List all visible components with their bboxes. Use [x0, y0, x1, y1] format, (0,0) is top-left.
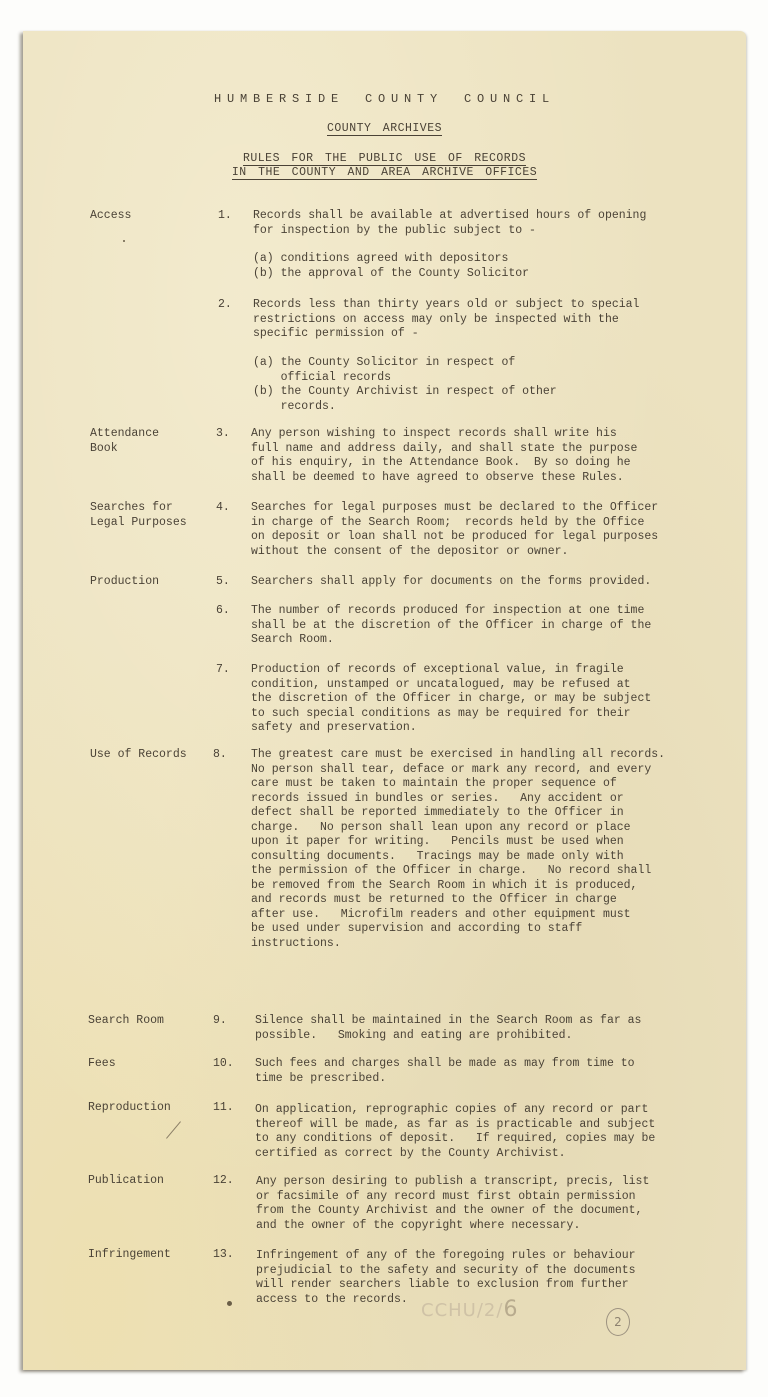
document-page: HUMBERSIDE COUNTY COUNCIL COUNTY ARCHIVE…	[23, 31, 746, 1370]
section-heading: Production	[90, 575, 159, 590]
section-heading: Publication	[88, 1174, 164, 1189]
rule-text: Any person wishing to inspect records sh…	[251, 427, 637, 485]
rule-subitem: (a) conditions agreed with depositors	[253, 252, 508, 267]
organization-heading: HUMBERSIDE COUNTY COUNCIL	[23, 92, 746, 106]
section-heading: Fees	[88, 1057, 116, 1072]
rule-number: 9.	[213, 1014, 227, 1029]
rule-text: Records less than thirty years old or su…	[253, 298, 639, 342]
rule-text: The greatest care must be exercised in h…	[251, 748, 665, 951]
section-heading: Infringement	[88, 1248, 171, 1263]
rule-number: 10.	[213, 1057, 234, 1072]
rule-text: Such fees and charges shall be made as m…	[255, 1057, 635, 1086]
rule-text: On application, reprographic copies of a…	[255, 1103, 655, 1161]
section-heading: Attendance Book	[90, 427, 159, 456]
rule-text: Silence shall be maintained in the Searc…	[255, 1014, 641, 1043]
circled-page-number: 2	[606, 1308, 630, 1336]
rule-number: 6.	[216, 604, 230, 619]
department-heading: COUNTY ARCHIVES	[23, 122, 746, 135]
rule-subitem: (b) the County Archivist in respect of o…	[253, 385, 557, 414]
rule-text: The number of records produced for inspe…	[251, 604, 651, 648]
rule-number: 7.	[216, 663, 230, 678]
section-heading: Reproduction	[88, 1101, 171, 1116]
rule-number: 1.	[218, 209, 232, 224]
rule-text: Production of records of exceptional val…	[251, 663, 651, 736]
archive-reference-annotation: CCHU/2/6	[421, 1297, 518, 1322]
title-line-2: IN THE COUNTY AND AREA ARCHIVE OFFICES	[232, 166, 537, 180]
title-line-1: RULES FOR THE PUBLIC USE OF RECORDS	[243, 152, 526, 166]
section-heading: Searches for Legal Purposes	[90, 501, 187, 530]
rule-text: Any person desiring to publish a transcr…	[256, 1175, 649, 1233]
department-title: COUNTY ARCHIVES	[327, 122, 442, 136]
rule-number: 2.	[218, 298, 232, 313]
rule-text: Searches for legal purposes must be decl…	[251, 501, 658, 559]
archive-reference: CCHU/2/	[421, 1300, 503, 1321]
ink-speck	[123, 240, 125, 242]
rule-subitem: (a) the County Solicitor in respect of o…	[253, 356, 515, 385]
rule-number: 13.	[213, 1248, 234, 1263]
rule-subitem: (b) the approval of the County Solicitor	[253, 267, 529, 282]
rule-text: Searchers shall apply for documents on t…	[251, 575, 651, 590]
pencil-stroke	[166, 1121, 181, 1138]
document-title-line-2: IN THE COUNTY AND AREA ARCHIVE OFFICES	[23, 166, 746, 179]
ink-speck	[227, 1301, 232, 1306]
rule-number: 4.	[216, 501, 230, 516]
section-heading: Use of Records	[90, 748, 187, 763]
rule-number: 5.	[216, 575, 230, 590]
rule-number: 11.	[213, 1101, 234, 1116]
rule-number: 3.	[216, 427, 230, 442]
document-title-line-1: RULES FOR THE PUBLIC USE OF RECORDS	[23, 152, 746, 165]
archive-reference-suffix: 6	[503, 1297, 518, 1322]
rule-text: Records shall be available at advertised…	[253, 209, 646, 238]
rule-number: 8.	[213, 748, 227, 763]
rule-number: 12.	[213, 1174, 234, 1189]
section-heading: Access	[90, 209, 131, 224]
section-heading: Search Room	[88, 1014, 164, 1029]
